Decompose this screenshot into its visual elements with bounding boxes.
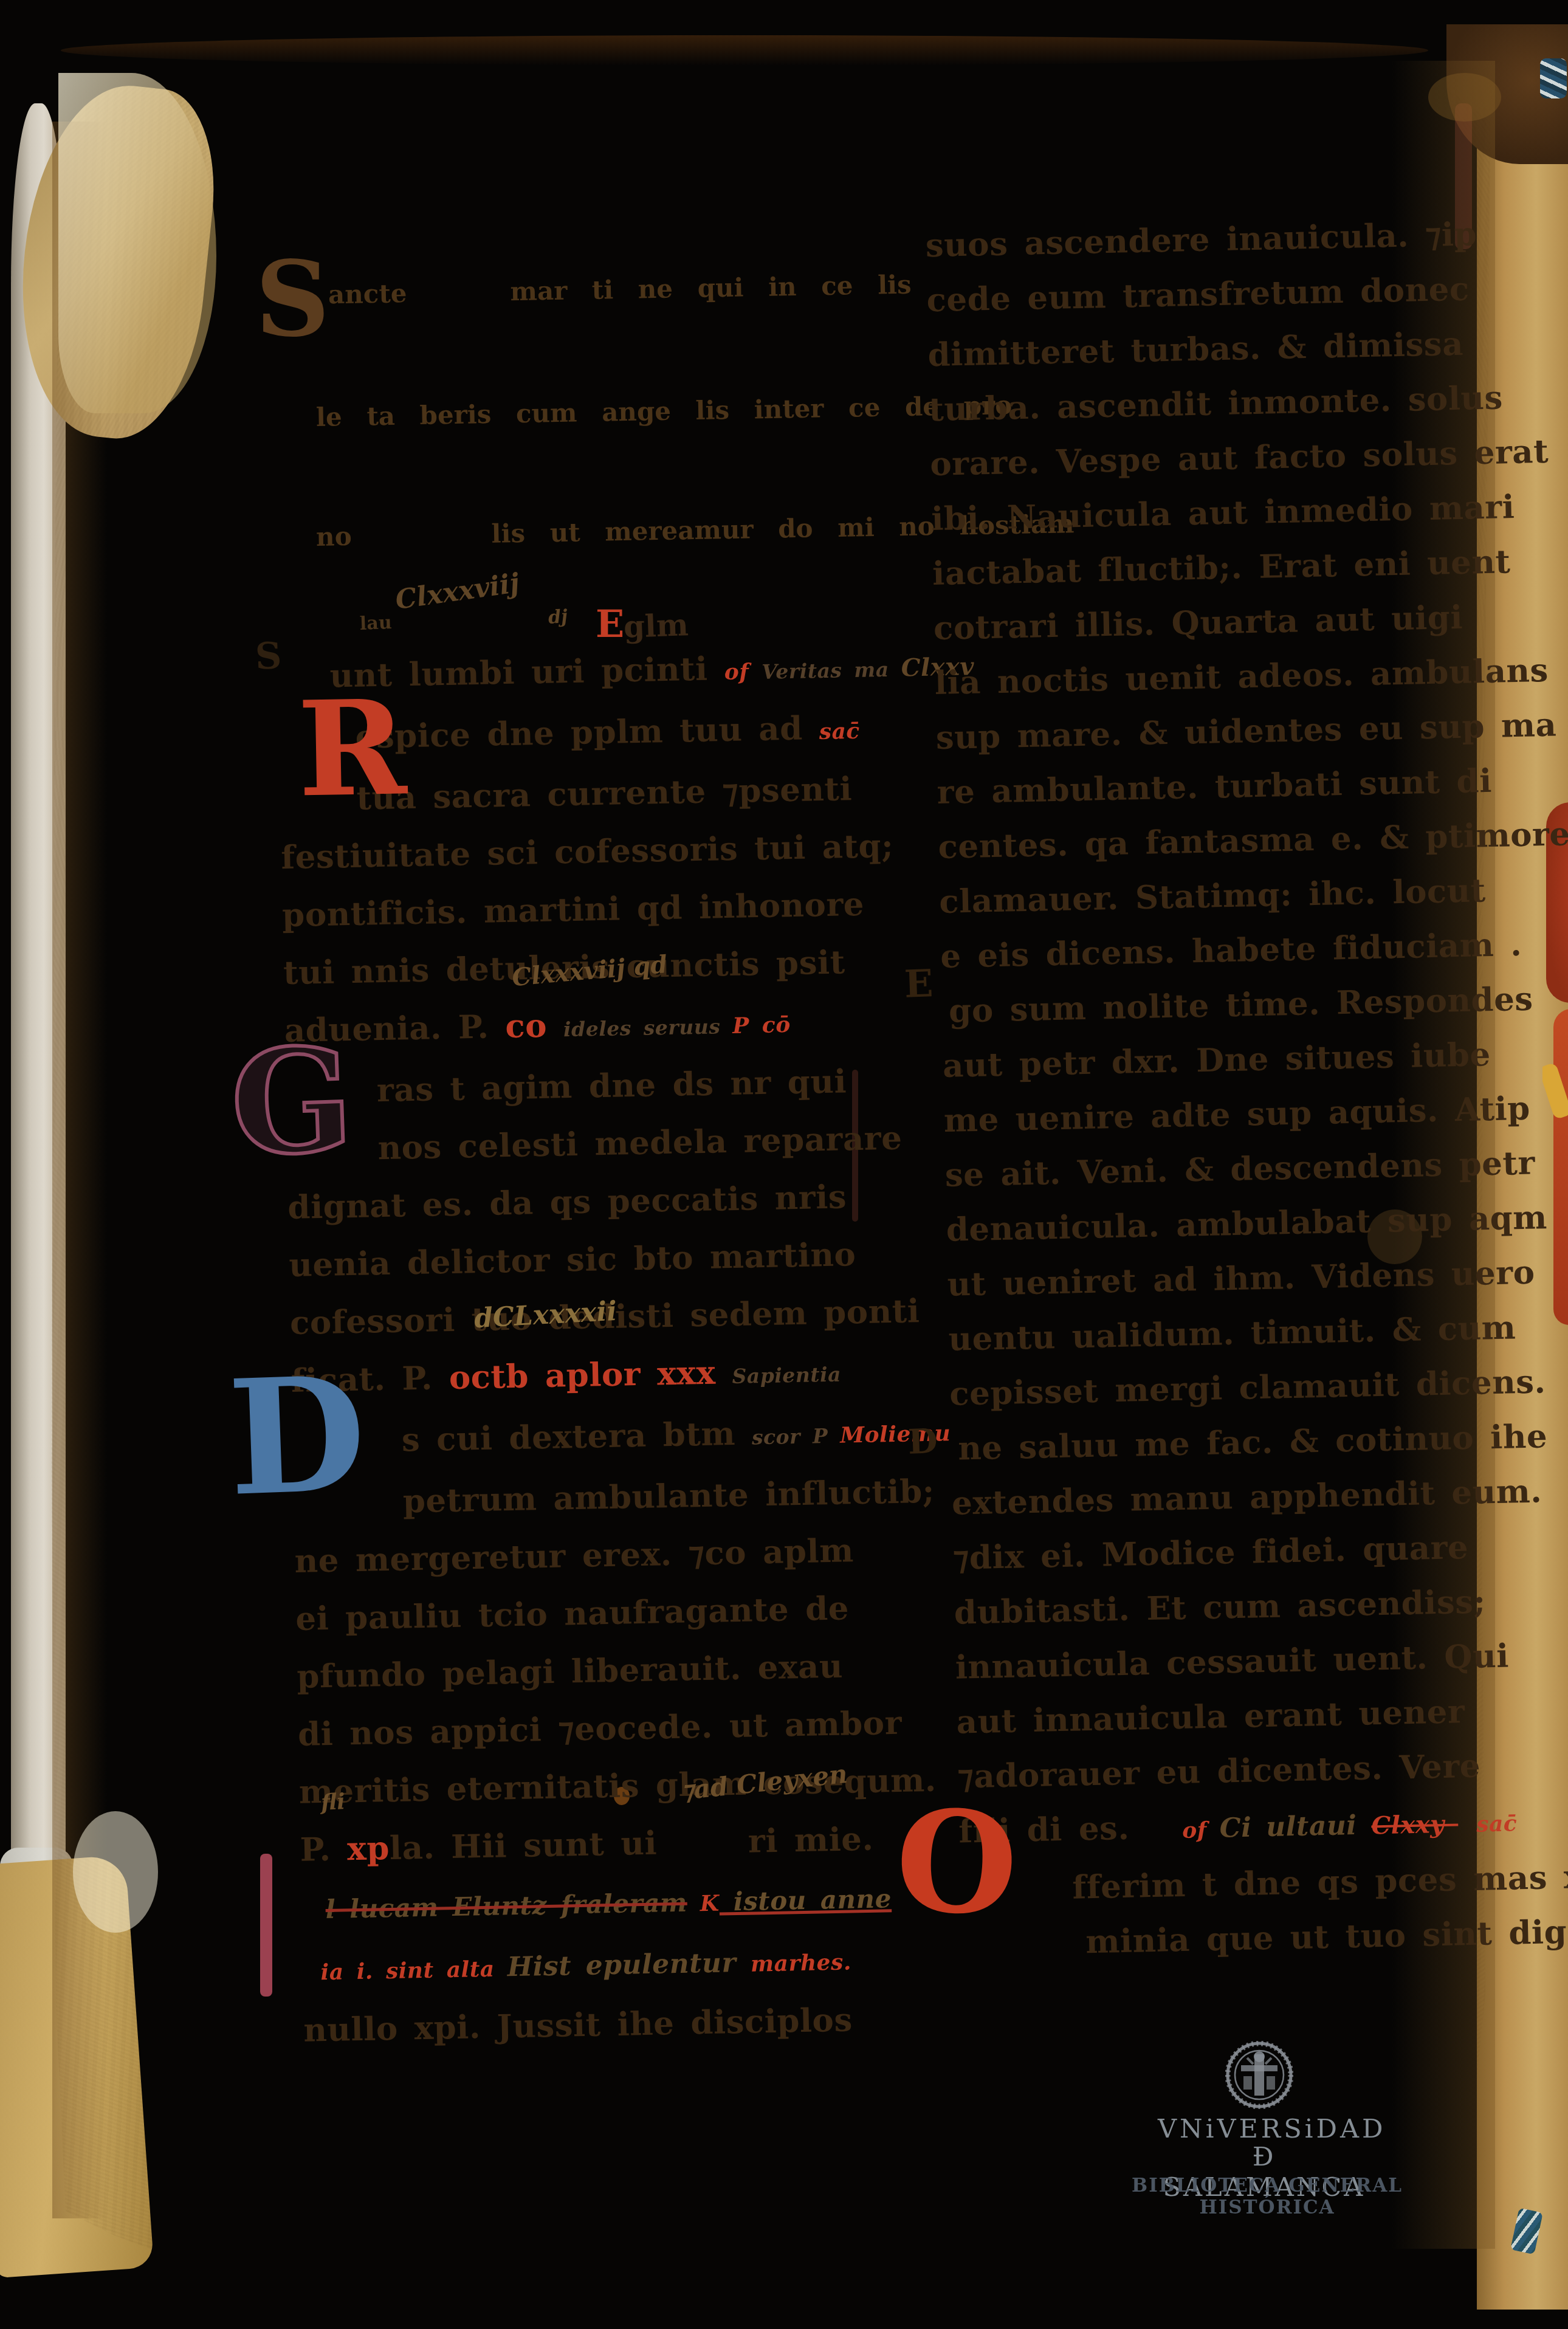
text-segment: ƚ lucam Eluntz fraleram [325, 1888, 687, 1924]
left-text-column: unt lumbi uri pcinti of Veritas ma Clxxv… [277, 635, 1001, 2060]
text-segment: ⁊adorauer eu dicentes. Vere [957, 1747, 1481, 1796]
text-segment: uentu ualidum. timuit. & cum [948, 1309, 1516, 1358]
text-segment: dimitteret turbas. & dimissa [927, 325, 1464, 374]
text-segment: go sum nolite time. Respondes [949, 980, 1534, 1030]
text-segment: fferim t dne qs pces mas x [1072, 1858, 1568, 1907]
text-segment: extendes manu apphendit eum. [952, 1472, 1542, 1522]
text-segment: espice dne pplm tuu ad [355, 709, 819, 756]
text-segment: nullo xpi. Jussit ihe disciplos [303, 2001, 853, 2049]
text-segment: uenia delictor sic bto martino [289, 1236, 856, 1284]
text-segment: marhes. [751, 1949, 852, 1976]
text-segment: no [316, 521, 352, 552]
illuminated-initial-bar [260, 1854, 272, 1997]
endband-threads-top [1540, 58, 1567, 98]
stain [1428, 73, 1501, 122]
text-segment: alta [446, 1956, 507, 1983]
text-segment: iactabat fluctib;. Erat eni uent [932, 543, 1511, 593]
text-segment: ut ueniret ad ihm. Videns uero [947, 1254, 1535, 1304]
text-segment: pontificis. martini qd inhonore [282, 886, 865, 934]
text-segment: se ait. Veni. & descendens petr [944, 1144, 1535, 1194]
text-segment: cepisset mergi clamauit dicens. [949, 1363, 1546, 1413]
text-segment: re ambulante. turbati sunt di [937, 762, 1492, 811]
text-segment: P. [300, 1830, 348, 1868]
text-segment: Clxxy [1371, 1809, 1459, 1840]
text-segment: tua sacra currente ⁊psenti [356, 770, 853, 817]
text-segment: me uenire adte sup aquis. Atip [943, 1090, 1530, 1140]
light-patch [73, 1811, 158, 1933]
illuminated-initial-D: D [226, 1355, 368, 1518]
university-seal-icon [1225, 2041, 1293, 2109]
illuminated-initial-D: D [907, 1424, 938, 1459]
right-text-column: suos ascendere inauicula. ⁊ipcede eum tr… [925, 205, 1568, 1972]
text-segment: denauicula. ambulabat sup aqm [946, 1199, 1547, 1249]
text-segment: ei pauliu tcio naufragante de [295, 1589, 850, 1637]
text-segment: la. Hii sunt ui [389, 1825, 657, 1867]
text-segment: ras t agim dne ds nr qui [376, 1062, 847, 1109]
page-top-edge-shadow [61, 35, 1428, 66]
text-segment: octb aplor xxx [449, 1354, 732, 1397]
text-segment: ri mie. [748, 1820, 874, 1860]
illuminated-initial-S: S [255, 638, 282, 675]
text-segment: P cō [732, 1012, 791, 1039]
text-segment: of [1182, 1817, 1220, 1843]
text-segment: ne saluu me fac. & cotinuo ihe [958, 1417, 1548, 1467]
watermark-university-name: VNiVERSiDAD [1158, 2114, 1370, 2144]
text-segment: ⁊dix ei. Modice fidei. quare [952, 1529, 1468, 1577]
text-segment: s cui dextera btm [401, 1414, 752, 1459]
text-segment: Ci ultaui [1219, 1809, 1372, 1843]
text-segment: lia noctis uenit adeos. ambulans [934, 652, 1549, 702]
text-segment: ideles seruus [563, 1014, 733, 1041]
text-segment: ancte [328, 278, 407, 309]
text-segment: turba. ascendit inmonte. solus [929, 379, 1504, 428]
text-segment: xp [347, 1829, 390, 1868]
marginal-note: dj [548, 606, 568, 628]
marginal-note: glm [623, 607, 689, 645]
text-segment: dignat es. da qs peccatis nris [287, 1178, 847, 1226]
text-segment: centes. qa fantasma e. & ptimore [938, 815, 1568, 866]
text-segment: scor P [752, 1424, 841, 1450]
illuminated-initial-G: G [229, 1029, 356, 1176]
text-segment: pfundo pelagi liberauit. exau [297, 1648, 844, 1696]
text-segment: orare. Vespe aut facto solus erat [930, 433, 1549, 483]
text-segment: suos ascendere inauicula. ⁊ip [925, 215, 1477, 264]
marginal-note: lau [359, 612, 392, 635]
illuminated-initial-S: S [255, 248, 330, 351]
text-segment: ibi. Nauicula aut inmedio mari [931, 488, 1515, 538]
text-segment: sup mare. & uidentes eu sup ma [935, 706, 1557, 757]
text-segment: innauicula cessauit uent. Qui [955, 1637, 1509, 1687]
text-segment: e eis dicens. habete fiduciam . [940, 926, 1522, 975]
text-segment: Sapientia [732, 1363, 841, 1388]
illuminated-initial-E: E [904, 965, 934, 1003]
text-segment: of [724, 659, 762, 685]
text-segment: Hist epulentur [507, 1947, 751, 1983]
text-segment: cotrari illis. Quarta aut uigi [933, 599, 1463, 647]
marginal-note: E [596, 602, 624, 646]
text-segment: co [505, 1006, 564, 1045]
text-segment: Veritas ma [762, 658, 901, 684]
text-segment: istou anne [719, 1883, 892, 1916]
text-segment: minia que ut tuo sint dig; [1085, 1913, 1568, 1961]
manuscript-photo: anctemar ti ne qui in ce lisle ta beris … [0, 0, 1568, 2329]
text-segment: ne mergeretur erex. ⁊co aplm [294, 1532, 854, 1580]
text-segment: nos celesti medela reparare [377, 1120, 903, 1168]
text-segment: cede eum transfretum donec [926, 270, 1470, 319]
text-segment: ia i. sint [320, 1957, 447, 1985]
text-segment: di nos appici ⁊eocede. ut ambor [298, 1704, 903, 1753]
marginal-note: fli [320, 1789, 346, 1815]
text-segment: K [687, 1891, 720, 1917]
text-segment: clamauer. Statimq: ihc. locut [939, 872, 1486, 921]
text-segment: aut petr dxr. Dne situes iube [942, 1036, 1491, 1085]
watermark-library-name: BIBLIOTECA GENERAL HISTÓRICA [1127, 2175, 1407, 2218]
text-segment: sac̄ [1476, 1811, 1518, 1837]
illuminated-initial-O: O [893, 1791, 1020, 1935]
text-segment: sac̄ [819, 718, 860, 745]
text-segment: dubitasti. Et cum ascendiss; [954, 1583, 1486, 1631]
text-segment: aut innauicula erant uener [956, 1693, 1465, 1741]
illuminated-initial-R: R [297, 682, 407, 814]
text-segment: petrum ambulante influctib; [402, 1473, 935, 1521]
text-segment: festiuitate sci cofessoris tui atq; [281, 827, 894, 876]
